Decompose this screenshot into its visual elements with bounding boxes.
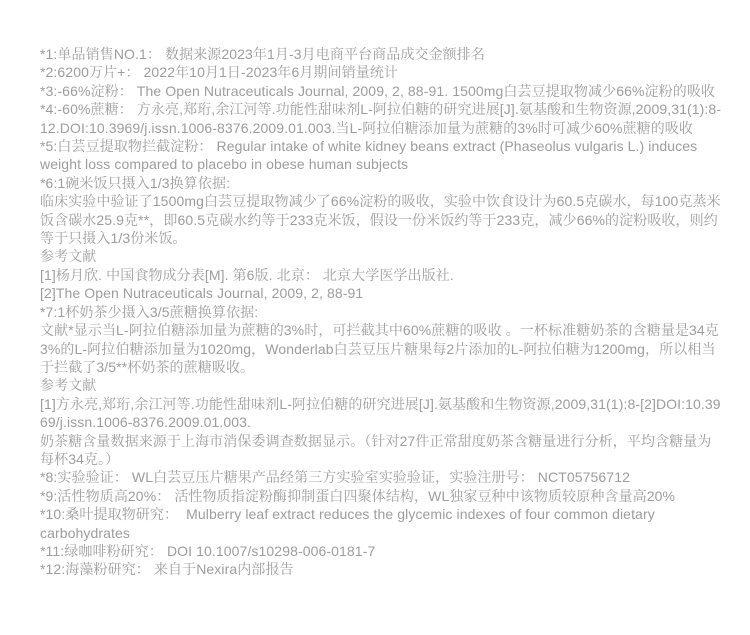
footnote-line: *3:-66%淀粉： The Open Nutraceuticals Journ…	[40, 82, 720, 100]
footnote-line: weight loss compared to placebo in obese…	[40, 155, 720, 173]
footnote-line: *9:活性物质高20%： 活性物质指淀粉酶抑制蛋白四聚体结构，WL独家豆种中该物…	[40, 487, 720, 505]
footnote-line: 3%的L-阿拉伯糖添加量为1020mg，Wonderlab白芸豆压片糖果每2片添…	[40, 340, 720, 358]
footnote-line: 于拦截了3/5**杯奶茶的蔗糖吸收。	[40, 358, 720, 376]
footnotes-section: *1:单品销售NO.1： 数据来源2023年1月-3月电商平台商品成交金额排名*…	[0, 0, 750, 635]
footnote-line: *4:-60%蔗糖： 方永亮,郑珩,余江河等.功能性甜味剂L-阿拉伯糖的研究进展…	[40, 100, 720, 118]
footnote-lines: *1:单品销售NO.1： 数据来源2023年1月-3月电商平台商品成交金额排名*…	[40, 45, 720, 579]
footnote-line: 每杯34克。）	[40, 450, 720, 468]
footnote-line: carbohydrates	[40, 524, 720, 542]
footnote-line: 临床实验中验证了1500mg白芸豆提取物减少了66%淀粉的吸收，实验中饮食设计为…	[40, 192, 720, 210]
footnote-line: [1]杨月欣. 中国食物成分表[M]. 第6版. 北京： 北京大学医学出版社.	[40, 266, 720, 284]
footnote-line: *2:6200万片+： 2022年10月1日-2023年6月期间销量统计	[40, 63, 720, 81]
footnote-line: *1:单品销售NO.1： 数据来源2023年1月-3月电商平台商品成交金额排名	[40, 45, 720, 63]
footnote-line: 参考文献	[40, 247, 720, 265]
footnote-line: *11:绿咖啡粉研究： DOI 10.1007/s10298-006-0181-…	[40, 542, 720, 560]
footnote-line: 参考文献	[40, 376, 720, 394]
footnote-line: 奶茶糖含量数据来源于上海市消保委调查数据显示。（针对27件正常甜度奶茶含糖量进行…	[40, 432, 720, 450]
footnote-line: *7:1杯奶茶少摄入3/5蔗糖换算依据:	[40, 303, 720, 321]
footnote-line: *10:桑叶提取物研究： Mulberry leaf extract reduc…	[40, 505, 720, 523]
footnote-line: 69/j.issn.1006-8376.2009.01.003.	[40, 413, 720, 431]
footnote-line: *12:海藻粉研究： 来自于Nexira内部报告	[40, 560, 720, 578]
footnote-line: [1]方永亮,郑珩,余江河等.功能性甜味剂L-阿拉伯糖的研究进展[J].氨基酸和…	[40, 395, 720, 413]
footnote-line: 12.DOI:10.3969/j.issn.1006-8376.2009.01.…	[40, 119, 720, 137]
footnote-line: 等于只摄入1/3份米饭。	[40, 229, 720, 247]
footnote-line: *8:实验验证： WL白芸豆压片糖果产品经第三方实验室实验验证，实验注册号： N…	[40, 468, 720, 486]
footnote-line: 文献*显示当L-阿拉伯糖添加量为蔗糖的3%时，可拦截其中60%蔗糖的吸收 。一杯…	[40, 321, 720, 339]
footnote-line: [2]The Open Nutraceuticals Journal, 2009…	[40, 284, 720, 302]
footnote-line: *6:1碗米饭只摄入1/3换算依据:	[40, 174, 720, 192]
footnote-line: 饭含碳水25.9克**，即60.5克碳水约等于233克米饭，假设一份米饭约等于2…	[40, 211, 720, 229]
footnote-line: *5:白芸豆提取物拦截淀粉： Regular intake of white k…	[40, 137, 720, 155]
